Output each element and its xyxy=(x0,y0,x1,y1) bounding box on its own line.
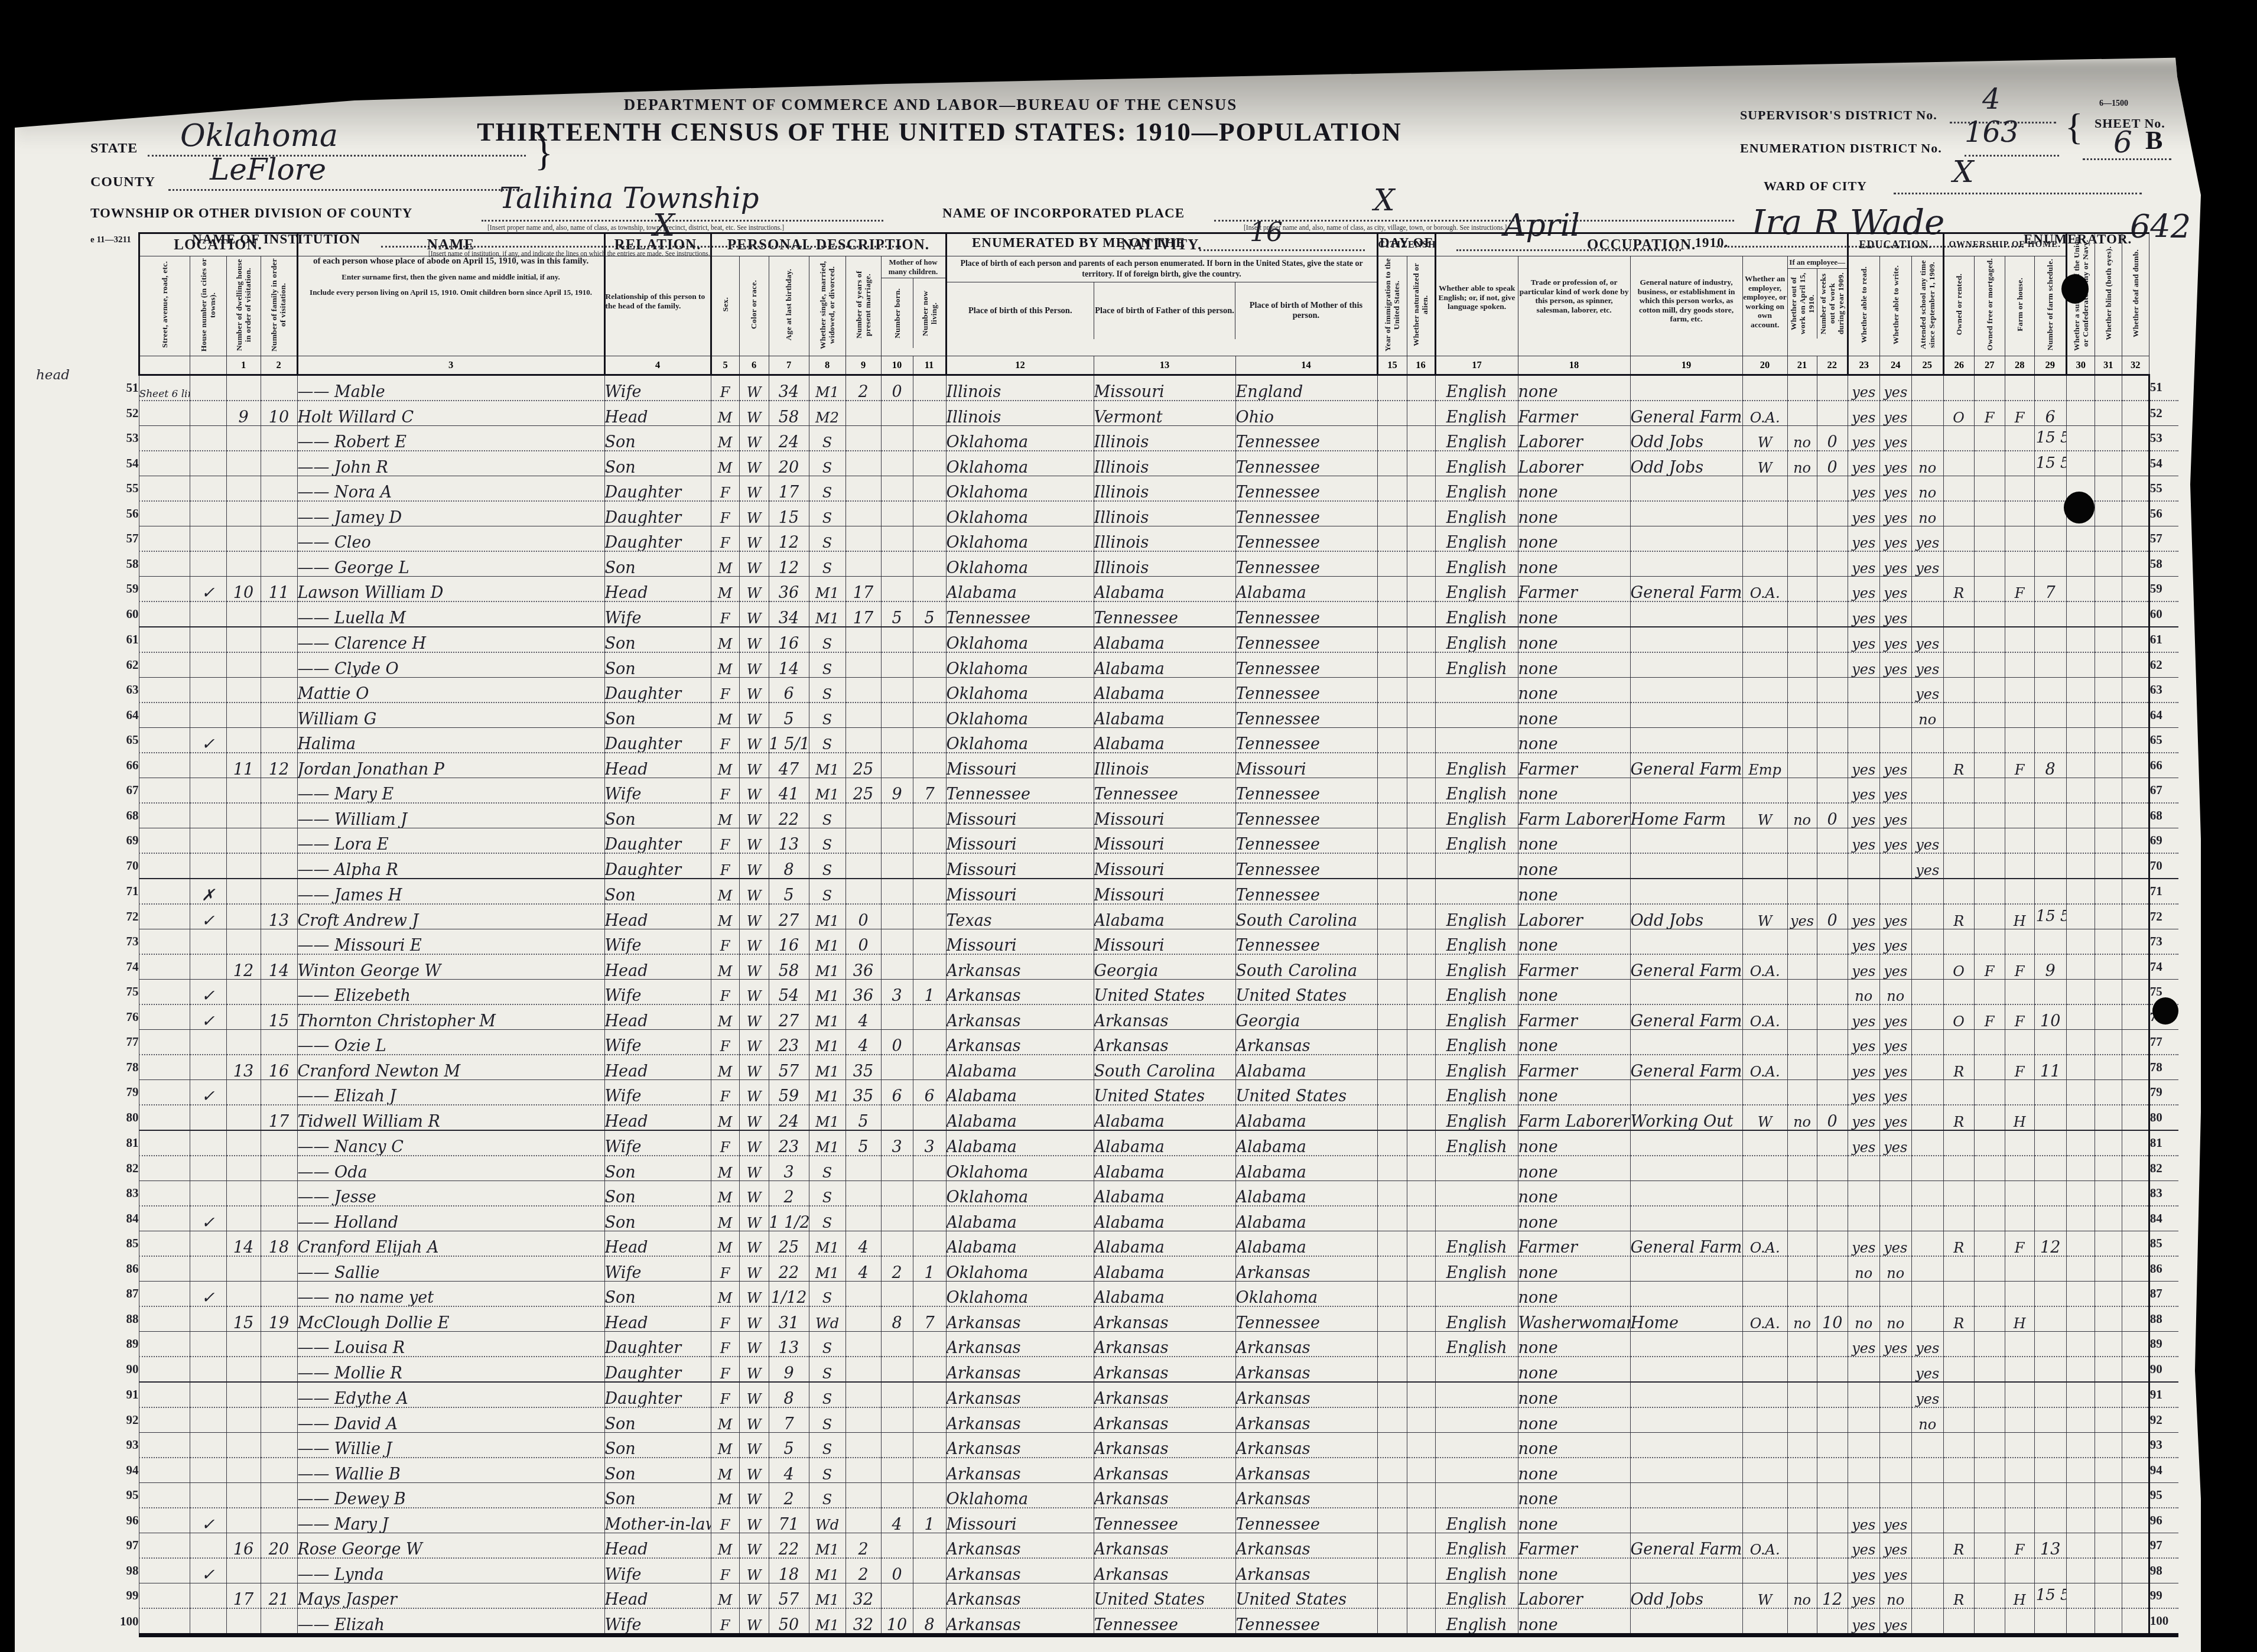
cell-owned-rented xyxy=(1943,476,1974,502)
cell-out-of-work xyxy=(1787,929,1817,955)
cell-farm-schedule xyxy=(2034,828,2066,854)
cell-industry xyxy=(1630,1558,1742,1583)
cell-color: W xyxy=(739,828,769,854)
cell-survivor xyxy=(2066,904,2095,929)
col-name: of each person whose place of abode on A… xyxy=(297,256,604,356)
cell-farm-schedule xyxy=(2034,1332,2066,1357)
cell-father-birthplace: Missouri xyxy=(1094,375,1235,401)
cell-weeks-out xyxy=(1817,1231,1848,1257)
cell-father-birthplace: Arkansas xyxy=(1094,1483,1235,1508)
cell-house-number xyxy=(190,1608,226,1635)
cell-trade: none xyxy=(1518,1458,1630,1483)
cell-farm-schedule xyxy=(2034,375,2066,401)
cell-owned-rented: R xyxy=(1943,1533,1974,1559)
cell-speaks-english: English xyxy=(1435,1105,1518,1130)
cell-deaf xyxy=(2122,451,2149,476)
cell-writes: yes xyxy=(1879,1130,1911,1156)
cell-farm-or-house xyxy=(2005,1130,2034,1156)
cell-writes xyxy=(1879,1458,1911,1483)
cell-employer-class: W xyxy=(1742,803,1787,828)
cell-attended-school xyxy=(1911,1231,1943,1257)
cell-children-born xyxy=(881,551,913,577)
ward-value: X xyxy=(1953,155,1974,189)
cell-employer-class xyxy=(1742,1558,1787,1583)
cell-industry xyxy=(1630,1181,1742,1207)
cell-children-born xyxy=(881,1583,913,1609)
cell-children-born xyxy=(881,577,913,602)
table-row: 52910Holt Willard CHeadMW58M2IllinoisVer… xyxy=(114,401,2178,426)
cell-birthplace: Arkansas xyxy=(946,1558,1094,1583)
cell-color: W xyxy=(739,577,769,602)
cell-writes xyxy=(1879,1156,1911,1181)
cell-mother-birthplace: Tennessee xyxy=(1235,879,1377,904)
cell-employer-class: W xyxy=(1742,1583,1787,1609)
cell-relation: Head xyxy=(604,954,711,980)
cell-survivor xyxy=(2066,1407,2095,1433)
cell-farm-schedule xyxy=(2034,551,2066,577)
cell-farm-or-house xyxy=(2005,980,2034,1005)
cell-survivor xyxy=(2066,1231,2095,1257)
cell-birthplace: Oklahoma xyxy=(946,703,1094,728)
line-number-left: 54 xyxy=(114,451,139,476)
cell-blind xyxy=(2095,1407,2122,1433)
line-number-left: 85 xyxy=(114,1231,139,1257)
cell-employer-class xyxy=(1742,929,1787,955)
cell-age: 58 xyxy=(769,401,809,426)
line-number-left: 52 xyxy=(114,401,139,426)
cell-deaf xyxy=(2122,551,2149,577)
cell-birthplace: Missouri xyxy=(946,803,1094,828)
cell-marital-status: S xyxy=(809,803,845,828)
line-number-right: 66 xyxy=(2149,753,2178,778)
cell-farm-schedule xyxy=(2034,1558,2066,1583)
cell-house-number xyxy=(190,1231,226,1257)
cell-deaf xyxy=(2122,678,2149,703)
cell-mother-birthplace: South Carolina xyxy=(1235,904,1377,929)
table-row: 94—— Wallie BSonMW4SArkansasArkansasArka… xyxy=(114,1458,2178,1483)
cell-name: Cranford Newton M xyxy=(297,1055,604,1080)
cell-attended-school xyxy=(1911,601,1943,627)
cell-color: W xyxy=(739,1206,769,1231)
cell-attended-school xyxy=(1911,1433,1943,1458)
cell-dwelling-number xyxy=(226,1181,261,1207)
cell-deaf xyxy=(2122,828,2149,854)
cell-owned-rented xyxy=(1943,1558,1974,1583)
cell-street xyxy=(139,753,190,778)
cell-farm-schedule xyxy=(2034,1382,2066,1407)
cell-naturalized xyxy=(1407,1407,1435,1433)
cell-naturalized xyxy=(1407,551,1435,577)
table-row: 881519McClough Dollie EHeadFW31Wd87Arkan… xyxy=(114,1306,2178,1332)
cell-name: —— Dewey B xyxy=(297,1483,604,1508)
cell-age: 57 xyxy=(769,1583,809,1609)
cell-naturalized xyxy=(1407,1256,1435,1282)
cell-children-living: 5 xyxy=(913,601,946,627)
cell-naturalized xyxy=(1407,703,1435,728)
cell-name: —— Mary E xyxy=(297,778,604,804)
cell-owned-rented xyxy=(1943,426,1974,451)
cell-family-number xyxy=(261,476,297,502)
cell-children-born: 9 xyxy=(881,778,913,804)
cell-attended-school: yes xyxy=(1911,652,1943,678)
cell-family-number xyxy=(261,1407,297,1433)
cell-color: W xyxy=(739,601,769,627)
cell-house-number: ✓ xyxy=(190,1206,226,1231)
cell-out-of-work xyxy=(1787,728,1817,753)
cell-family-number xyxy=(261,853,297,879)
cell-immigration-year xyxy=(1377,1583,1407,1609)
census-rows: 51Sheet 6 line 19—— MableWifeFW34M120Ill… xyxy=(114,375,2178,1635)
cell-birthplace: Oklahoma xyxy=(946,551,1094,577)
cell-marital-status: S xyxy=(809,1206,845,1231)
cell-free-mortgaged xyxy=(1974,703,2005,728)
cell-years-married xyxy=(845,476,881,502)
cell-dwelling-number xyxy=(226,1282,261,1307)
cell-reads: yes xyxy=(1848,1055,1879,1080)
cell-farm-or-house xyxy=(2005,1080,2034,1105)
cell-children-living xyxy=(913,1206,946,1231)
col-deaf: Whether deaf and dumb. xyxy=(2122,233,2149,356)
cell-marital-status: S xyxy=(809,879,845,904)
cell-writes: yes xyxy=(1879,1533,1911,1559)
cell-years-married xyxy=(845,703,881,728)
township-value: Talihina Township xyxy=(499,182,759,215)
cell-dwelling-number xyxy=(226,904,261,929)
cell-attended-school xyxy=(1911,1030,1943,1055)
col-family: Number of family in order of visitation. xyxy=(261,256,297,356)
col-write: Whether able to write. xyxy=(1879,256,1911,356)
cell-house-number xyxy=(190,1306,226,1332)
cell-relation: Head xyxy=(604,1306,711,1332)
cell-speaks-english: English xyxy=(1435,1080,1518,1105)
cell-children-living xyxy=(913,476,946,502)
cell-immigration-year xyxy=(1377,1608,1407,1635)
line-number-right: 68 xyxy=(2149,803,2178,828)
cell-dwelling-number xyxy=(226,1357,261,1382)
cell-reads: yes xyxy=(1848,929,1879,955)
cell-farm-schedule: 6 xyxy=(2034,401,2066,426)
cell-house-number xyxy=(190,1332,226,1357)
cell-children-born xyxy=(881,476,913,502)
cell-free-mortgaged xyxy=(1974,778,2005,804)
cell-sex: F xyxy=(711,1508,739,1533)
cell-weeks-out: 12 xyxy=(1817,1583,1848,1609)
cell-weeks-out xyxy=(1817,728,1848,753)
cell-name: Cranford Elijah A xyxy=(297,1231,604,1257)
group-ownership: OWNERSHIP OF HOME. xyxy=(1943,233,2066,256)
cell-mother-birthplace: Tennessee xyxy=(1235,929,1377,955)
cell-street xyxy=(139,778,190,804)
cell-mother-birthplace: Tennessee xyxy=(1235,652,1377,678)
cell-house-number xyxy=(190,601,226,627)
cell-father-birthplace: Alabama xyxy=(1094,1105,1235,1130)
cell-survivor xyxy=(2066,1583,2095,1609)
cell-dwelling-number xyxy=(226,1407,261,1433)
cell-marital-status: M1 xyxy=(809,601,845,627)
cell-out-of-work xyxy=(1787,753,1817,778)
cell-employer-class xyxy=(1742,1206,1787,1231)
cell-free-mortgaged xyxy=(1974,426,2005,451)
cell-sex: F xyxy=(711,980,739,1005)
cell-farm-or-house xyxy=(2005,551,2034,577)
cell-marital-status: S xyxy=(809,1433,845,1458)
cell-sex: M xyxy=(711,627,739,652)
cell-marital-status: M1 xyxy=(809,375,845,401)
cell-marital-status: M1 xyxy=(809,1608,845,1635)
line-number-right: 69 xyxy=(2149,828,2178,854)
cell-deaf xyxy=(2122,375,2149,401)
cell-children-living xyxy=(913,753,946,778)
cell-father-birthplace: Illinois xyxy=(1094,551,1235,577)
cell-sex: F xyxy=(711,1030,739,1055)
cell-marital-status: M1 xyxy=(809,1130,845,1156)
cell-naturalized xyxy=(1407,1558,1435,1583)
cell-employer-class: O.A. xyxy=(1742,1533,1787,1559)
cell-children-living xyxy=(913,803,946,828)
cell-employer-class xyxy=(1742,703,1787,728)
line-number-left: 64 xyxy=(114,703,139,728)
cell-free-mortgaged xyxy=(1974,1130,2005,1156)
cell-free-mortgaged xyxy=(1974,879,2005,904)
punch-hole xyxy=(2152,997,2178,1025)
incorporated-value: X xyxy=(1374,183,1395,217)
cell-owned-rented: O xyxy=(1943,1004,1974,1030)
cell-reads: yes xyxy=(1848,954,1879,980)
cell-children-living: 7 xyxy=(913,1306,946,1332)
cell-attended-school xyxy=(1911,879,1943,904)
cell-name: McClough Dollie E xyxy=(297,1306,604,1332)
col-years-married: Number of years of present marriage. xyxy=(845,256,881,356)
cell-farm-or-house xyxy=(2005,627,2034,652)
cell-name: —— Elizah xyxy=(297,1608,604,1635)
cell-survivor xyxy=(2066,1004,2095,1030)
cell-marital-status: S xyxy=(809,728,845,753)
cell-speaks-english: English xyxy=(1435,577,1518,602)
cell-weeks-out xyxy=(1817,601,1848,627)
cell-speaks-english: English xyxy=(1435,954,1518,980)
cell-out-of-work xyxy=(1787,853,1817,879)
cell-speaks-english xyxy=(1435,1206,1518,1231)
cell-father-birthplace: Alabama xyxy=(1094,1181,1235,1207)
cell-father-birthplace: Alabama xyxy=(1094,652,1235,678)
cell-naturalized xyxy=(1407,1533,1435,1559)
cell-immigration-year xyxy=(1377,551,1407,577)
cell-blind xyxy=(2095,904,2122,929)
table-row: 971620Rose George WHeadMW22M12ArkansasAr… xyxy=(114,1533,2178,1559)
cell-children-born xyxy=(881,1282,913,1307)
cell-years-married xyxy=(845,1508,881,1533)
cell-naturalized xyxy=(1407,601,1435,627)
cell-father-birthplace: Arkansas xyxy=(1094,1533,1235,1559)
cell-years-married: 17 xyxy=(845,601,881,627)
cell-free-mortgaged xyxy=(1974,1306,2005,1332)
cell-color: W xyxy=(739,1080,769,1105)
cell-reads: yes xyxy=(1848,577,1879,602)
group-nativity: NATIVITY. xyxy=(946,233,1377,256)
cell-family-number xyxy=(261,1130,297,1156)
cell-speaks-english: English xyxy=(1435,1130,1518,1156)
cell-birthplace: Oklahoma xyxy=(946,526,1094,552)
cell-dwelling-number xyxy=(226,526,261,552)
cell-house-number xyxy=(190,1583,226,1609)
cell-family-number xyxy=(261,1433,297,1458)
cell-farm-schedule: 15 5-9-8 ———————— xyxy=(2034,904,2066,929)
punch-hole xyxy=(2064,492,2095,523)
cell-survivor xyxy=(2066,1458,2095,1483)
cell-mother-birthplace: Tennessee xyxy=(1235,476,1377,502)
cell-out-of-work xyxy=(1787,828,1817,854)
col-children-born: Number born. xyxy=(882,278,913,348)
cell-age: 27 xyxy=(769,904,809,929)
cell-street xyxy=(139,1382,190,1407)
cell-sex: M xyxy=(711,451,739,476)
cell-free-mortgaged xyxy=(1974,1483,2005,1508)
cell-free-mortgaged xyxy=(1974,1206,2005,1231)
cell-age: 23 xyxy=(769,1130,809,1156)
cell-writes: yes xyxy=(1879,551,1911,577)
cell-dwelling-number xyxy=(226,1382,261,1407)
cell-relation: Wife xyxy=(604,1030,711,1055)
cell-street xyxy=(139,1558,190,1583)
county-value: LeFlore xyxy=(210,152,326,187)
cell-marital-status: M1 xyxy=(809,1231,845,1257)
cell-naturalized xyxy=(1407,1282,1435,1307)
cell-writes: yes xyxy=(1879,652,1911,678)
cell-mother-birthplace: Tennessee xyxy=(1235,703,1377,728)
cell-children-living xyxy=(913,1156,946,1181)
line-number-left: 56 xyxy=(114,501,139,526)
cell-name: —— William J xyxy=(297,803,604,828)
cell-owned-rented xyxy=(1943,1458,1974,1483)
table-row: 68—— William JSonMW22SMissouriMissouriTe… xyxy=(114,803,2178,828)
cell-out-of-work xyxy=(1787,627,1817,652)
line-number-left: 78 xyxy=(114,1055,139,1080)
cell-birthplace: Alabama xyxy=(946,1206,1094,1231)
cell-blind xyxy=(2095,1508,2122,1533)
cell-age: 12 xyxy=(769,526,809,552)
cell-farm-schedule xyxy=(2034,853,2066,879)
line-number-left: 91 xyxy=(114,1382,139,1407)
cell-naturalized xyxy=(1407,1156,1435,1181)
cell-children-living xyxy=(913,1181,946,1207)
cell-years-married xyxy=(845,1156,881,1181)
line-number-right: 64 xyxy=(2149,703,2178,728)
cell-free-mortgaged xyxy=(1974,1231,2005,1257)
cell-reads: yes xyxy=(1848,601,1879,627)
col-trade: Trade or profession of, or particular ki… xyxy=(1518,256,1630,356)
cell-blind xyxy=(2095,879,2122,904)
cell-writes: yes xyxy=(1879,526,1911,552)
cell-free-mortgaged xyxy=(1974,451,2005,476)
cell-sex: M xyxy=(711,1433,739,1458)
cell-age: 54 xyxy=(769,980,809,1005)
cell-free-mortgaged xyxy=(1974,1332,2005,1357)
cell-attended-school xyxy=(1911,954,1943,980)
cell-out-of-work xyxy=(1787,1004,1817,1030)
table-row: 91—— Edythe ADaughterFW8SArkansasArkansa… xyxy=(114,1382,2178,1407)
cell-naturalized xyxy=(1407,1004,1435,1030)
cell-trade: none xyxy=(1518,1130,1630,1156)
cell-sex: M xyxy=(711,753,739,778)
cell-weeks-out: 0 xyxy=(1817,1105,1848,1130)
cell-weeks-out xyxy=(1817,1004,1848,1030)
cell-color: W xyxy=(739,1256,769,1282)
col-blind: Whether blind (both eyes). xyxy=(2095,233,2122,356)
line-number-left: 76 xyxy=(114,1004,139,1030)
cell-attended-school xyxy=(1911,980,1943,1005)
cell-reads: yes xyxy=(1848,904,1879,929)
cell-owned-rented: R xyxy=(1943,1583,1974,1609)
cell-name: —— John R xyxy=(297,451,604,476)
cell-farm-schedule xyxy=(2034,1156,2066,1181)
cell-birthplace: Missouri xyxy=(946,853,1094,879)
cell-mother-birthplace: Tennessee xyxy=(1235,1608,1377,1635)
line-number-left: 100 xyxy=(114,1608,139,1635)
cell-dwelling-number xyxy=(226,652,261,678)
cell-naturalized xyxy=(1407,1306,1435,1332)
col-birthplace: Place of birth of this Person. xyxy=(947,282,1094,339)
table-row: 57—— CleoDaughterFW12SOklahomaIllinoisTe… xyxy=(114,526,2178,552)
line-number-left: 90 xyxy=(114,1357,139,1382)
cell-naturalized xyxy=(1407,1382,1435,1407)
cell-marital-status: S xyxy=(809,828,845,854)
cell-age: 22 xyxy=(769,1256,809,1282)
table-row: 84✓—— HollandSonMW1 1/2SAlabamaAlabamaAl… xyxy=(114,1206,2178,1231)
cell-out-of-work xyxy=(1787,1357,1817,1382)
cell-weeks-out: 0 xyxy=(1817,803,1848,828)
cell-relation: Head xyxy=(604,753,711,778)
cell-trade: none xyxy=(1518,778,1630,804)
cell-marital-status: S xyxy=(809,451,845,476)
cell-employer-class xyxy=(1742,1080,1787,1105)
cell-mother-birthplace: Alabama xyxy=(1235,577,1377,602)
cell-trade: Farmer xyxy=(1518,1231,1630,1257)
cell-age: 4 xyxy=(769,1458,809,1483)
cell-survivor xyxy=(2066,1030,2095,1055)
cell-attended-school: yes xyxy=(1911,526,1943,552)
cell-marital-status: M1 xyxy=(809,1080,845,1105)
cell-years-married xyxy=(845,1332,881,1357)
cell-industry xyxy=(1630,601,1742,627)
cell-house-number xyxy=(190,1156,226,1181)
cell-writes: yes xyxy=(1879,778,1911,804)
cell-free-mortgaged: F xyxy=(1974,1004,2005,1030)
cell-industry xyxy=(1630,1483,1742,1508)
cell-writes: yes xyxy=(1879,1080,1911,1105)
cell-color: W xyxy=(739,1533,769,1559)
line-number-left: 58 xyxy=(114,551,139,577)
cell-reads: yes xyxy=(1848,1130,1879,1156)
cell-weeks-out xyxy=(1817,828,1848,854)
cell-years-married: 5 xyxy=(845,1105,881,1130)
cell-deaf xyxy=(2122,1181,2149,1207)
cell-dwelling-number xyxy=(226,1105,261,1130)
line-number-right: 82 xyxy=(2149,1156,2178,1181)
cell-street xyxy=(139,1306,190,1332)
cell-color: W xyxy=(739,853,769,879)
table-row: 100—— ElizahWifeFW50M132108ArkansasTenne… xyxy=(114,1608,2178,1635)
cell-trade: none xyxy=(1518,1080,1630,1105)
cell-blind xyxy=(2095,1030,2122,1055)
cell-farm-or-house xyxy=(2005,1458,2034,1483)
cell-employer-class: W xyxy=(1742,1105,1787,1130)
cell-mother-birthplace: Tennessee xyxy=(1235,627,1377,652)
line-number-left: 89 xyxy=(114,1332,139,1357)
cell-children-born xyxy=(881,1055,913,1080)
cell-street xyxy=(139,1030,190,1055)
cell-marital-status: S xyxy=(809,1357,845,1382)
cell-mother-birthplace: Arkansas xyxy=(1235,1433,1377,1458)
